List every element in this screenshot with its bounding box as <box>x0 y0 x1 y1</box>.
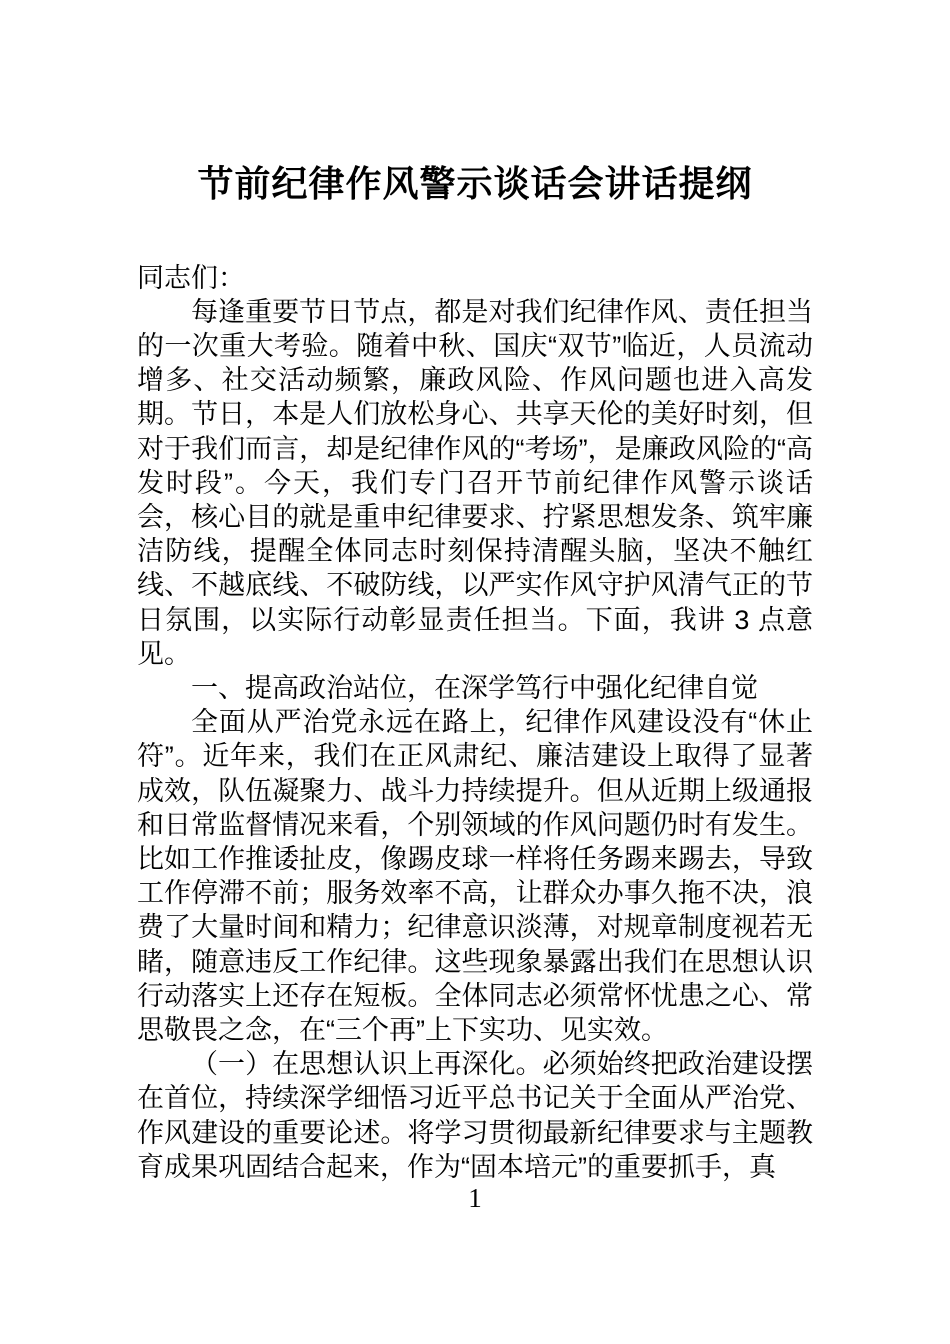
paragraph-intro: 每逢重要节日节点，都是对我们纪律作风、责任担当的一次重大考验。随着中秋、国庆“双… <box>137 295 813 671</box>
paragraph-section-1-body: 全面从严治党永远在路上，纪律作风建设没有“休止符”。近年来，我们在正风肃纪、廉洁… <box>137 705 813 1047</box>
paragraph-subsection-1: （一）在思想认识上再深化。必须始终把政治建设摆在首位，持续深学细悟习近平总书记关… <box>137 1047 813 1184</box>
document-body: 同志们： 每逢重要节日节点，都是对我们纪律作风、责任担当的一次重大考验。随着中秋… <box>137 261 813 1184</box>
page-title: 节前纪律作风警示谈话会讲话提纲 <box>0 0 950 209</box>
document-page: 节前纪律作风警示谈话会讲话提纲 同志们： 每逢重要节日节点，都是对我们纪律作风、… <box>0 0 950 1344</box>
salutation: 同志们： <box>137 261 813 295</box>
page-number: 1 <box>0 1182 950 1214</box>
section-heading-1: 一、提高政治站位，在深学笃行中强化纪律自觉 <box>137 671 813 705</box>
